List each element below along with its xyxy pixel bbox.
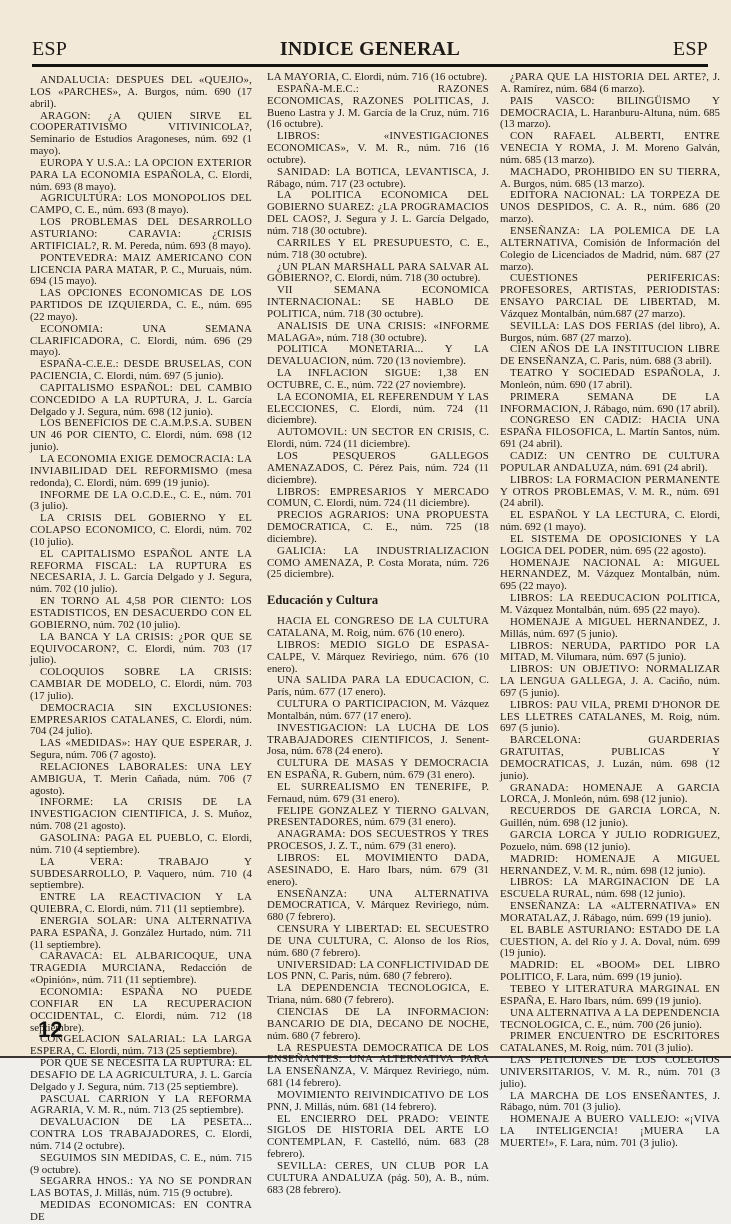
page-header: ESP INDICE GENERAL ESP	[32, 38, 708, 62]
entry-citation: , núm. 679 (31 enero).	[359, 816, 456, 828]
entry-title: UNA SALIDA PARA LA EDUCACION	[277, 674, 471, 686]
index-entry: CULTURA DE MASAS Y DEMOCRACIA EN ESPAÑA,…	[267, 758, 489, 782]
entry-citation: , C. Elordi, núm. 718 (30 octubre).	[329, 272, 480, 284]
entry-citation: , C. E., núm. 722 (27 noviembre).	[319, 379, 466, 391]
entry-title: SANIDAD: LA BOTICA, LEVANTISCA	[277, 166, 474, 178]
index-entry: ENSEÑANZA: LA «ALTERNATIVA» EN MORATALAZ…	[500, 901, 720, 925]
entry-title: EL SURREALISMO EN TENERIFE	[277, 781, 468, 793]
entry-citation: , C. Elordi, núm. 711 (11 septiembre).	[79, 903, 244, 915]
entry-title: MACHADO, PROHIBIDO EN SU TIERRA	[510, 166, 717, 178]
index-entry: ANAGRAMA: DOS SECUESTROS Y TRES PROCESOS…	[267, 829, 489, 853]
entry-title: ESPAÑA-M.E.C.: RAZONES ECONOMICAS, RAZON…	[267, 83, 489, 107]
page-number: 12	[38, 1017, 62, 1043]
index-entry: LIBROS: EMPRESARIOS Y MERCADO COMUN, C. …	[267, 487, 489, 511]
index-entry: MACHADO, PROHIBIDO EN SU TIERRA, A. Burg…	[500, 167, 720, 191]
entry-title: GARCIA LORCA Y JULIO RODRIGUEZ	[510, 829, 717, 841]
index-entry: SANIDAD: LA BOTICA, LEVANTISCA, J. Rábag…	[267, 167, 489, 191]
index-entry: AUTOMOVIL: UN SECTOR EN CRISIS, C. Elord…	[267, 427, 489, 451]
index-entry: LA RESPUESTA DEMOCRATICA DE LOS ENSEÑANT…	[267, 1043, 489, 1072]
index-entry: RELACIONES LABORALES: UNA LEY AMBIGUA, T…	[30, 762, 252, 798]
section-heading-education-culture: Educación y Cultura	[267, 595, 489, 607]
index-entry: ANDALUCIA: DESPUES DEL «QUEJIO», LOS «PA…	[30, 75, 252, 111]
index-entry: INVESTIGACION: LA LUCHA DE LOS TRABAJADO…	[267, 723, 489, 759]
index-entry: CIEN AÑOS DE LA INSTITUCION LIBRE DE ENS…	[500, 344, 720, 368]
index-entry: CUESTIONES PERIFERICAS: PROFESORES, ARTI…	[500, 273, 720, 320]
section-code-right: ESP	[673, 38, 708, 61]
index-entry: LA CRISIS DEL GOBIERNO Y EL COLAPSO ECON…	[30, 513, 252, 549]
entry-title: CIENCIAS DE LA INFORMACION: BANCARIO DE …	[267, 1006, 489, 1030]
entry-title: CULTURA O PARTICIPACION	[277, 698, 427, 710]
index-entry: EDITORA NACIONAL: LA TORPEZA DE UNOS DES…	[500, 190, 720, 226]
index-entry: BARCELONA: GUARDERIAS GRATUITAS, PUBLICA…	[500, 735, 720, 782]
index-entry: FELIPE GONZALEZ Y TIERNO GALVAN, PRESENT…	[267, 806, 489, 830]
index-entry: UNIVERSIDAD: LA CONFLICTIVIDAD DE LOS PN…	[267, 960, 489, 984]
index-entry: EL BABLE ASTURIANO: ESTADO DE LA CUESTIO…	[500, 925, 720, 961]
index-entry: TEBEO Y LITERATURA MARGINAL EN ESPAÑA, E…	[500, 984, 720, 1008]
entry-title: LAS «MEDIDAS»: HAY QUE ESPERAR	[40, 737, 238, 749]
entry-title: HOMENAJE A MIGUEL HERNANDEZ	[510, 616, 705, 628]
entry-title: LIBROS: LA REEDUCACION POLITICA	[510, 592, 717, 604]
index-entry: ESPAÑA-C.E.E.: DESDE BRUSELAS, CON PACIE…	[30, 359, 252, 383]
index-entry: ESPAÑA-M.E.C.: RAZONES ECONOMICAS, RAZON…	[267, 84, 489, 131]
entry-citation: , núm. 698 (12 junio).	[590, 888, 685, 900]
index-entry: LA BANCA Y LA CRISIS: ¿POR QUE SE EQUIVO…	[30, 632, 252, 668]
entry-citation: , C. Elordi, núm. 724 (11 diciembre).	[308, 497, 469, 509]
index-entry: LIBROS: UN OBJETIVO: NORMALIZAR LA LENGU…	[500, 664, 720, 700]
entry-citation: , C. E., núm. 693 (8 mayo).	[69, 204, 188, 216]
index-entry: ENERGIA SOLAR: UNA ALTERNATIVA PARA ESPA…	[30, 916, 252, 952]
index-entry: CONGELACION SALARIAL: LA LARGA ESPERA, C…	[30, 1034, 252, 1058]
entry-citation: , C. Elordi, núm. 697 (5 junio).	[88, 370, 223, 382]
entry-title: ¿PARA QUE LA HISTORIA DEL ARTE?	[510, 71, 706, 83]
page-title: INDICE GENERAL	[32, 38, 708, 61]
entry-citation: , C. Elordi, núm. 713 (25 septiembre).	[71, 1045, 237, 1057]
entry-citation: , C. E., núm. 700 (26 junio).	[579, 1019, 702, 1031]
index-entry: PONTEVEDRA: MAIZ AMERICANO CON LICENCIA …	[30, 253, 252, 289]
index-entry: LOS PROBLEMAS DEL DESARROLLO ASTURIANO: …	[30, 217, 252, 253]
index-column-3: ¿PARA QUE LA HISTORIA DEL ARTE?, J. A. R…	[500, 72, 720, 1071]
entry-title: CARRILES Y EL PRESUPUESTO	[277, 237, 450, 249]
index-entry: INFORME DE LA O.C.D.E., C. E., núm. 701 …	[30, 490, 252, 514]
entry-title: TEATRO Y SOCIEDAD ESPAÑOLA	[510, 367, 701, 379]
index-entry: RECUERDOS DE GARCIA LORCA, N. Guillén, n…	[500, 806, 720, 830]
entry-citation: , C. Paris, núm. 680 (7 febrero).	[313, 970, 452, 982]
index-entry: CONGRESO EN CADIZ: HACIA UNA ESPAÑA FILO…	[500, 415, 720, 451]
entry-citation: , núm. 702 (10 julio).	[87, 619, 180, 631]
entry-citation: , C. Paris, núm. 688 (3 abril).	[584, 355, 711, 367]
index-entry: MADRID: HOMENAJE A MIGUEL HERNANDEZ, V. …	[500, 854, 720, 878]
index-entry: CENSURA Y LIBERTAD: EL SECUESTRO DE UNA …	[267, 924, 489, 960]
entry-citation: , C. Elordi, núm. 716 (16 octubre).	[336, 71, 487, 83]
index-entry: MADRID: EL «BOOM» DEL LIBRO POLITICO, F.…	[500, 960, 720, 984]
index-entry: CAPITALISMO ESPAÑOL: DEL CAMBIO CONCEDID…	[30, 383, 252, 419]
index-entry: EL CAPITALISMO ESPAÑOL ANTE LA REFORMA F…	[30, 549, 252, 596]
index-entry: EUROPA Y U.S.A.: LA OPCION EXTERIOR PARA…	[30, 158, 252, 194]
index-entry: VII SEMANA ECONOMICA INTERNACIONAL: SE H…	[267, 285, 489, 321]
index-entry: ENSEÑANZA: LA POLEMICA DE LA ALTERNATIVA…	[500, 226, 720, 273]
entry-citation: , V. M. R., núm. 698 (12 junio).	[568, 865, 706, 877]
index-entry: ANALISIS DE UNA CRISIS: «INFORME MALAGA»…	[267, 321, 489, 345]
index-entry: POLITICA MONETARIA... Y LA DEVALUACION, …	[267, 344, 489, 368]
index-entry: LAS OPCIONES ECONOMICAS DE LOS PARTIDOS …	[30, 288, 252, 324]
index-entry: COLOQUIOS SOBRE LA CRISIS: CAMBIAR DE MO…	[30, 667, 252, 703]
index-entry: GASOLINA: PAGA EL PUEBLO, C. Elordi, núm…	[30, 833, 252, 857]
index-entry: LOS BENEFICIOS DE C.A.M.P.S.A. SUBEN UN …	[30, 418, 252, 454]
entry-citation: , E. Haro Ibars, núm. 699 (19 junio).	[542, 995, 701, 1007]
index-entry: LA ECONOMIA EXIGE DEMOCRACIA: LA INVIABI…	[30, 454, 252, 490]
entry-title: LA DEPENDENCIA TECNOLOGICA	[277, 982, 467, 994]
index-entry: PRECIOS AGRARIOS: UNA PROPUESTA DEMOCRAT…	[267, 510, 489, 546]
index-entry: POR QUE SE NECESITA LA RUPTURA: EL DESAF…	[30, 1058, 252, 1071]
index-entry: CARAVACA: EL ALBARICOQUE, UNA TRAGEDIA M…	[30, 951, 252, 987]
index-entry: AGRICULTURA: LOS MONOPOLIOS DEL CAMPO, C…	[30, 193, 252, 217]
index-entry: EL SURREALISMO EN TENERIFE, P. Fernaud, …	[267, 782, 489, 806]
index-entry: EL SISTEMA DE OPOSICIONES Y LA LOGICA DE…	[500, 534, 720, 558]
index-entry: LAS «MEDIDAS»: HAY QUE ESPERAR, J. Segur…	[30, 738, 252, 762]
index-entry: LIBROS: EL MOVIMIENTO DADA, ASESINADO, E…	[267, 853, 489, 889]
entry-citation: , J. Z. T., núm. 679 (31 enero).	[323, 840, 456, 852]
index-entry: CADIZ: UN CENTRO DE CULTURA POPULAR ANDA…	[500, 451, 720, 475]
index-entry: HACIA EL CONGRESO DE LA CULTURA CATALANA…	[267, 616, 489, 640]
index-entry: ECONOMIA: ESPAÑA NO PUEDE CONFIAR EN LA …	[30, 987, 252, 1034]
index-entry: UNA SALIDA PARA LA EDUCACION, C. París, …	[267, 675, 489, 699]
index-entry: LA POLITICA ECONOMICA DEL GOBIERNO SUARE…	[267, 190, 489, 237]
entry-citation: , J. Rábago, núm. 690 (17 abril).	[579, 403, 720, 415]
index-entry: LIBROS: MEDIO SIGLO DE ESPASA-CALPE, V. …	[267, 640, 489, 676]
index-entry: HOMENAJE NACIONAL A: MIGUEL HERNANDEZ, M…	[500, 558, 720, 594]
entry-citation: , F. Lara, núm. 699 (19 junio).	[551, 971, 682, 983]
entry-title: EL ESPAÑOL Y LA LECTURA	[510, 509, 667, 521]
magazine-page: ESP INDICE GENERAL ESP ANDALUCIA: DESPUE…	[0, 0, 731, 1058]
entry-citation: , M. Roig, núm. 701 (3 julio).	[564, 1042, 693, 1054]
index-entry: TEATRO Y SOCIEDAD ESPAÑOLA, J. Monleón, …	[500, 368, 720, 392]
index-column-1: ANDALUCIA: DESPUES DEL «QUEJIO», LOS «PA…	[30, 75, 252, 1071]
entry-citation: , J. Rábago, núm. 699 (19 junio).	[568, 912, 712, 924]
entry-title: GASOLINA: PAGA EL PUEBLO	[40, 832, 200, 844]
index-entry: EN TORNO AL 4,58 POR CIENTO: LOS ESTADIS…	[30, 596, 252, 632]
index-entry: INFORME: LA CRISIS DE LA INVESTIGACION C…	[30, 797, 252, 833]
entry-citation: , J. Monleón, núm. 698 (12 junio).	[538, 793, 688, 805]
index-entry: CULTURA O PARTICIPACION, M. Vázquez Mont…	[267, 699, 489, 723]
index-entry: GALICIA: LA INDUSTRIALIZACION COMO AMENA…	[267, 546, 489, 582]
index-entry: LIBROS: NERUDA, PARTIDO POR LA MITAD, M.…	[500, 641, 720, 665]
index-entry: LIBROS: PAU VILA, PREMI D'HONOR DE LES L…	[500, 700, 720, 736]
entry-citation: , núm. 695 (22 agosto).	[605, 545, 706, 557]
header-rule	[32, 64, 708, 67]
index-column-2: LA MAYORIA, C. Elordi, núm. 716 (16 octu…	[267, 72, 489, 1071]
entry-citation: , M. Vilumara, núm. 697 (5 junio).	[536, 651, 687, 663]
index-entry: ¿PARA QUE LA HISTORIA DEL ARTE?, J. A. R…	[500, 72, 720, 96]
index-entry: EL ESPAÑOL Y LA LECTURA, C. Elordi, núm.…	[500, 510, 720, 534]
index-entry: PAIS VASCO: BILINGÜISMO Y DEMOCRACIA, L.…	[500, 96, 720, 132]
index-entry: CON RAFAEL ALBERTI, ENTRE VENECIA Y ROMA…	[500, 131, 720, 167]
entry-title: RECUERDOS DE GARCIA LORCA	[510, 805, 698, 817]
index-entry: GARCIA LORCA Y JULIO RODRIGUEZ, Pozuelo,…	[500, 830, 720, 854]
index-entry: UNA ALTERNATIVA A LA DEPENDENCIA TECNOLO…	[500, 1008, 720, 1032]
entry-citation: , núm. 718 (30 octubre).	[318, 308, 424, 320]
index-entry: ENSEÑANZA: UNA ALTERNATIVA DEMOCRATICA, …	[267, 889, 489, 925]
index-entry: ARAGON: ¿A QUIEN SIRVE EL COOPERATIVISMO…	[30, 111, 252, 158]
entry-citation: , núm. 691 (24 abril).	[615, 462, 708, 474]
index-entry: LA DEPENDENCIA TECNOLOGICA, E. Triana, n…	[267, 983, 489, 1007]
index-entry: CIENCIAS DE LA INFORMACION: BANCARIO DE …	[267, 1007, 489, 1043]
entry-title: SEVILLA: LAS DOS FERIAS	[510, 320, 654, 332]
index-entry: LIBROS: «INVESTIGACIONES ECONOMICAS», V.…	[267, 131, 489, 167]
entry-title: AUTOMOVIL: UN SECTOR EN CRISIS	[277, 426, 472, 438]
entry-title: CUESTIONES PERIFERICAS: PROFESORES, ARTI…	[500, 272, 720, 308]
index-entry: LIBROS: LA FORMACION PERMANENTE Y OTROS …	[500, 475, 720, 511]
entry-citation: , núm. 718 (30 octubre).	[321, 332, 427, 344]
entry-citation: , núm. 720 (13 noviembre).	[347, 355, 466, 367]
entry-citation: , M. Roig, núm. 676 (10 enero).	[326, 627, 465, 639]
index-entry: LOS PESQUEROS GALLEGOS AMENAZADOS, C. Pé…	[267, 451, 489, 487]
index-entry: LA VERA: TRABAJO Y SUBDESARROLLO, P. Vaq…	[30, 857, 252, 893]
index-entry: SEVILLA: LAS DOS FERIAS (del libro), A. …	[500, 321, 720, 345]
index-entry: LA ECONOMIA, EL REFERENDUM Y LAS ELECCIO…	[267, 392, 489, 428]
index-entry: HOMENAJE A MIGUEL HERNANDEZ, J. Millás, …	[500, 617, 720, 641]
index-entry: ECONOMIA: UNA SEMANA CLARIFICADORA, C. E…	[30, 324, 252, 360]
index-entry: GRANADA: HOMENAJE A GARCIA LORCA, J. Mon…	[500, 783, 720, 807]
index-entry: CARRILES Y EL PRESUPUESTO, C. E., núm. 7…	[267, 238, 489, 262]
index-entry: LIBROS: LA REEDUCACION POLITICA, M. Vázq…	[500, 593, 720, 617]
index-entry: PRIMER ENCUENTRO DE ESCRITORES CATALANES…	[500, 1031, 720, 1055]
entry-citation: , R. Gubern, núm. 679 (31 enero).	[327, 769, 475, 781]
index-entry: PRIMERA SEMANA DE LA INFORMACION, J. Ráb…	[500, 392, 720, 416]
index-entry: ENTRE LA REACTIVACION Y LA QUIEBRA, C. E…	[30, 892, 252, 916]
index-entry: LAS PETICIONES DE LOS COLEGIOS UNIVERSIT…	[500, 1055, 720, 1071]
entry-title: INFORME DE LA O.C.D.E.	[40, 489, 173, 501]
index-entry: LIBROS: LA MARGINACION DE LA ESCUELA RUR…	[500, 877, 720, 901]
index-entry: LA INFLACION SIGUE: 1,38 EN OCTUBRE, C. …	[267, 368, 489, 392]
index-entry: ¿UN PLAN MARSHALL PARA SALVAR AL GOBIERN…	[267, 262, 489, 286]
entry-title: LA MAYORIA	[267, 71, 336, 83]
index-entry: DEMOCRACIA SIN EXCLUSIONES: EMPRESARIOS …	[30, 703, 252, 739]
entry-title: ARAGON: ¿A QUIEN SIRVE EL COOPERATIVISMO…	[30, 110, 252, 134]
entry-citation: , R. M. Pereda, núm. 693 (8 mayo).	[96, 240, 251, 252]
